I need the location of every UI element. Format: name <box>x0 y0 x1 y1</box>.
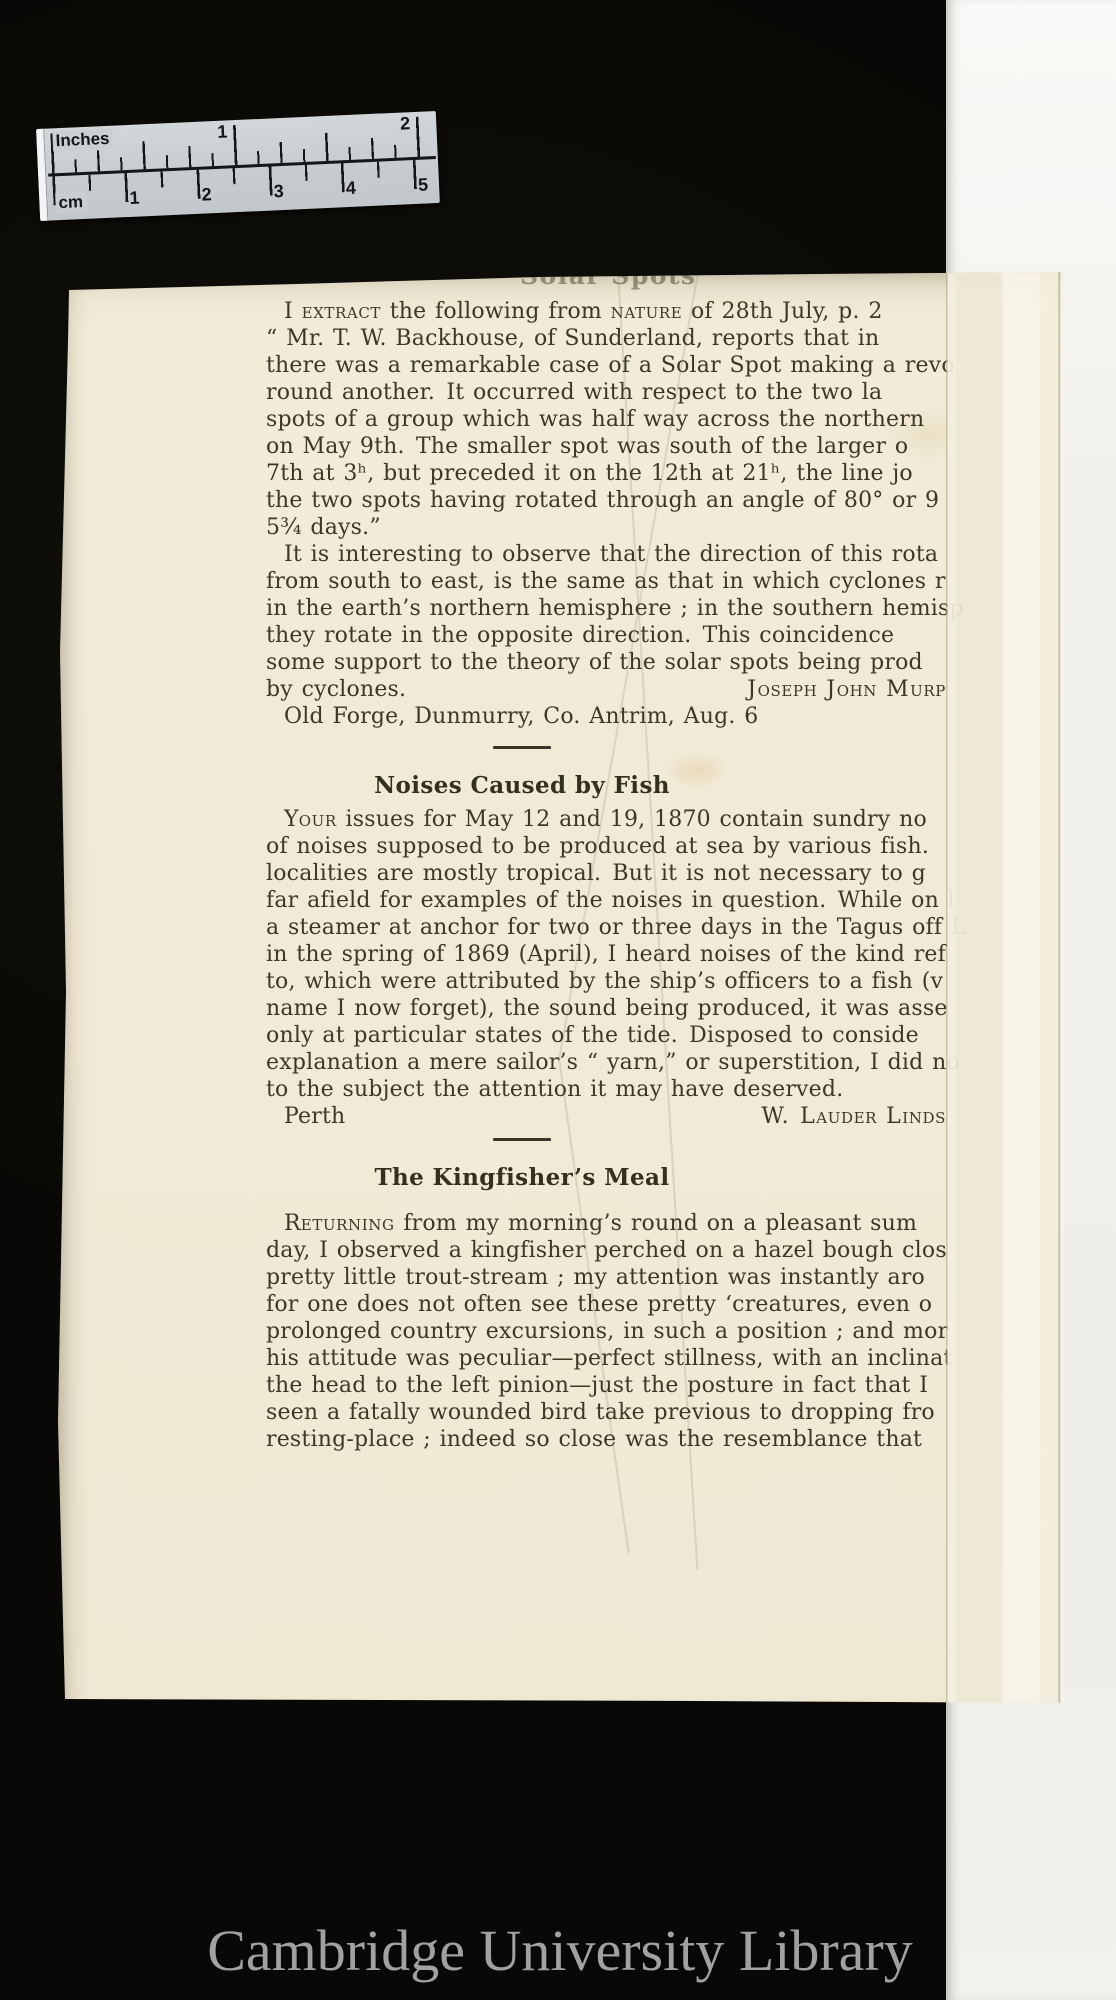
text-line: spots of a group which was half way acro… <box>266 406 1064 433</box>
text-segment: day, I observed a kingfisher perched on … <box>266 1238 947 1263</box>
text-line: to, which were attributed by the ship’s … <box>266 968 1064 995</box>
text-segment: L <box>886 1104 902 1129</box>
text-line: pretty little trout-stream ; my attentio… <box>266 1264 1064 1291</box>
ruler-number: 5 <box>418 174 429 195</box>
text-segment: from my morning’s round on a pleasant su… <box>395 1211 917 1236</box>
text-line: by cyclones.Joseph John Murp <box>266 676 1064 703</box>
page-fold-strip <box>946 272 1064 1703</box>
text-line: name I now forget), the sound being prod… <box>266 995 1064 1022</box>
text-segment: far afield for examples of the noises in… <box>266 888 955 913</box>
text-segment: It is interesting to observe that the di… <box>284 542 938 567</box>
ruler-cm-label: cm <box>55 192 86 213</box>
text-segment: I <box>284 299 302 324</box>
text-segment: issues for May 12 and 19, 1870 contain s… <box>337 807 927 832</box>
document-page: Solar Spots I extract the following from… <box>57 272 1064 1703</box>
text-segment: they rotate in the opposite direction. T… <box>266 623 894 648</box>
article-kingfishers-meal: The Kingfisher’s Meal Returning from my … <box>57 1163 1064 1453</box>
article-solar-spots: I extract the following from nature of 2… <box>57 298 1064 730</box>
library-watermark: Cambridge University Library <box>160 1922 960 1980</box>
text-line: prolonged country excursions, in such a … <box>266 1318 1064 1345</box>
text-segment: in the spring of 1869 (April), I heard n… <box>266 942 946 967</box>
text-segment: M <box>886 677 910 702</box>
text-line: in the spring of 1869 (April), I heard n… <box>266 941 1064 968</box>
text-segment: localities are mostly tropical. But it i… <box>266 861 926 886</box>
ruler-number: 2 <box>400 113 411 134</box>
text-segment: on May 9th. The smaller spot was south o… <box>266 434 908 459</box>
section-divider <box>493 746 551 749</box>
article-body: I extract the following from nature of 2… <box>57 298 1064 730</box>
text-segment: R <box>284 1211 301 1236</box>
text-line: It is interesting to observe that the di… <box>266 541 1064 568</box>
ruler-number: 1 <box>217 121 228 142</box>
text-segment: to, which were attributed by the ship’s … <box>266 969 943 994</box>
text-line: far afield for examples of the noises in… <box>266 887 1064 914</box>
ruler-inches-label: Inches <box>52 129 113 152</box>
article-heading: The Kingfisher’s Meal <box>266 1163 778 1193</box>
measurement-ruler: Inches 12 cm 12345 <box>36 111 440 221</box>
text-segment: only at particular states of the tide. D… <box>266 1023 919 1048</box>
article-body: Returning from my morning’s round on a p… <box>57 1210 1064 1453</box>
text-segment: a steamer at anchor for two or three day… <box>266 915 966 940</box>
article-heading: Noises Caused by Fish <box>266 771 778 801</box>
text-segment: name I now forget), the sound being prod… <box>266 996 948 1021</box>
text-segment: auder <box>816 1104 886 1129</box>
text-segment: seen a fatally wounded bird take previou… <box>266 1400 935 1425</box>
text-line: they rotate in the opposite direction. T… <box>266 622 1064 649</box>
ruler-inch-numbers: 12 <box>50 111 432 128</box>
signature: W. Lauder Linds <box>761 1103 946 1130</box>
text-segment: 7th at 3ʰ, but preceded it on the 12th a… <box>266 461 913 486</box>
text-line: “ Mr. T. W. Backhouse, of Sunderland, re… <box>266 325 1064 352</box>
text-line: the two spots having rotated through an … <box>266 487 1064 514</box>
text-line: to the subject the attention it may have… <box>266 1076 1064 1103</box>
text-segment: from south to east, is the same as that … <box>266 569 946 594</box>
ruler-number: 3 <box>273 181 284 202</box>
text-segment: explanation a mere sailor’s “ yarn,” or … <box>266 1050 960 1075</box>
text-line: day, I observed a kingfisher perched on … <box>266 1237 1064 1264</box>
text-segment: of 28th July, p. 2 <box>682 299 882 324</box>
running-title: Solar Spots <box>520 272 697 289</box>
text-segment: the two spots having rotated through an … <box>266 488 939 513</box>
text-segment: spots of a group which was half way acro… <box>266 407 924 432</box>
text-segment: “ Mr. T. W. Backhouse, of Sunderland, re… <box>266 326 879 351</box>
text-line: the head to the left pinion—just the pos… <box>266 1372 1064 1399</box>
text-segment: for one does not often see these pretty … <box>266 1292 932 1317</box>
text-line: 5¾ days.” <box>266 514 1064 541</box>
text-segment: J <box>747 677 757 702</box>
ruler-number: 1 <box>129 188 140 209</box>
text-segment: the head to the left pinion—just the pos… <box>266 1373 928 1398</box>
text-segment: ohn <box>837 677 886 702</box>
ruler-number: 2 <box>201 184 212 205</box>
scanned-photo-canvas: Inches 12 cm 12345 Solar Spots I extract… <box>0 0 1116 2000</box>
text-line: his attitude was peculiar—perfect stilln… <box>266 1345 1064 1372</box>
text-segment: prolonged country excursions, in such a … <box>266 1319 948 1344</box>
text-line: Your issues for May 12 and 19, 1870 cont… <box>266 806 1064 833</box>
signature: Joseph John Murp <box>747 676 946 703</box>
text-segment: Perth <box>284 1104 345 1129</box>
text-line: in the earth’s northern hemisphere ; in … <box>266 595 1064 622</box>
text-segment: some support to the theory of the solar … <box>266 650 923 675</box>
text-segment: urp <box>910 677 946 702</box>
text-line: round another. It occurred with respect … <box>266 379 1064 406</box>
text-line: seen a fatally wounded bird take previou… <box>266 1399 1064 1426</box>
text-segment: there was a remarkable case of a Solar S… <box>266 353 955 378</box>
text-line: I extract the following from nature of 2… <box>266 298 1064 325</box>
ruler-left-edge <box>36 129 48 221</box>
text-segment: pretty little trout-stream ; my attentio… <box>266 1265 925 1290</box>
text-segment: to the subject the attention it may have… <box>266 1077 843 1102</box>
text-line: resting-place ; indeed so close was the … <box>266 1426 1064 1453</box>
text-segment: inds <box>902 1104 946 1129</box>
text-segment: Old Forge, Dunmurry, Co. Antrim, Aug. 6 <box>284 704 759 729</box>
text-segment: J <box>826 677 836 702</box>
text-segment: W. L <box>761 1104 816 1129</box>
text-line: a steamer at anchor for two or three day… <box>266 914 1064 941</box>
text-segment: in the earth’s northern hemisphere ; in … <box>266 596 964 621</box>
text-segment: extract <box>302 299 381 324</box>
text-segment: Y <box>284 807 299 832</box>
text-segment: oseph <box>758 677 827 702</box>
text-line: from south to east, is the same as that … <box>266 568 1064 595</box>
text-segment: his attitude was peculiar—perfect stilln… <box>266 1346 952 1371</box>
text-line: there was a remarkable case of a Solar S… <box>266 352 1064 379</box>
text-segment: the following from <box>381 299 611 324</box>
ruler-number: 4 <box>345 178 356 199</box>
text-segment: round another. It occurred with respect … <box>266 380 882 405</box>
text-line: localities are mostly tropical. But it i… <box>266 860 1064 887</box>
text-segment: 5¾ days.” <box>266 515 381 540</box>
text-line: some support to the theory of the solar … <box>266 649 1064 676</box>
text-line: of noises supposed to be produced at sea… <box>266 833 1064 860</box>
text-segment: our <box>299 807 337 832</box>
text-segment: by cyclones. <box>266 677 406 702</box>
text-line: for one does not often see these pretty … <box>266 1291 1064 1318</box>
section-divider <box>493 1138 551 1141</box>
text-line: Returning from my morning’s round on a p… <box>266 1210 1064 1237</box>
text-segment: eturning <box>301 1211 395 1236</box>
text-line: PerthW. Lauder Linds <box>266 1103 1064 1130</box>
text-segment: resting-place ; indeed so close was the … <box>266 1427 922 1452</box>
text-line: Old Forge, Dunmurry, Co. Antrim, Aug. 6 <box>266 703 1064 730</box>
